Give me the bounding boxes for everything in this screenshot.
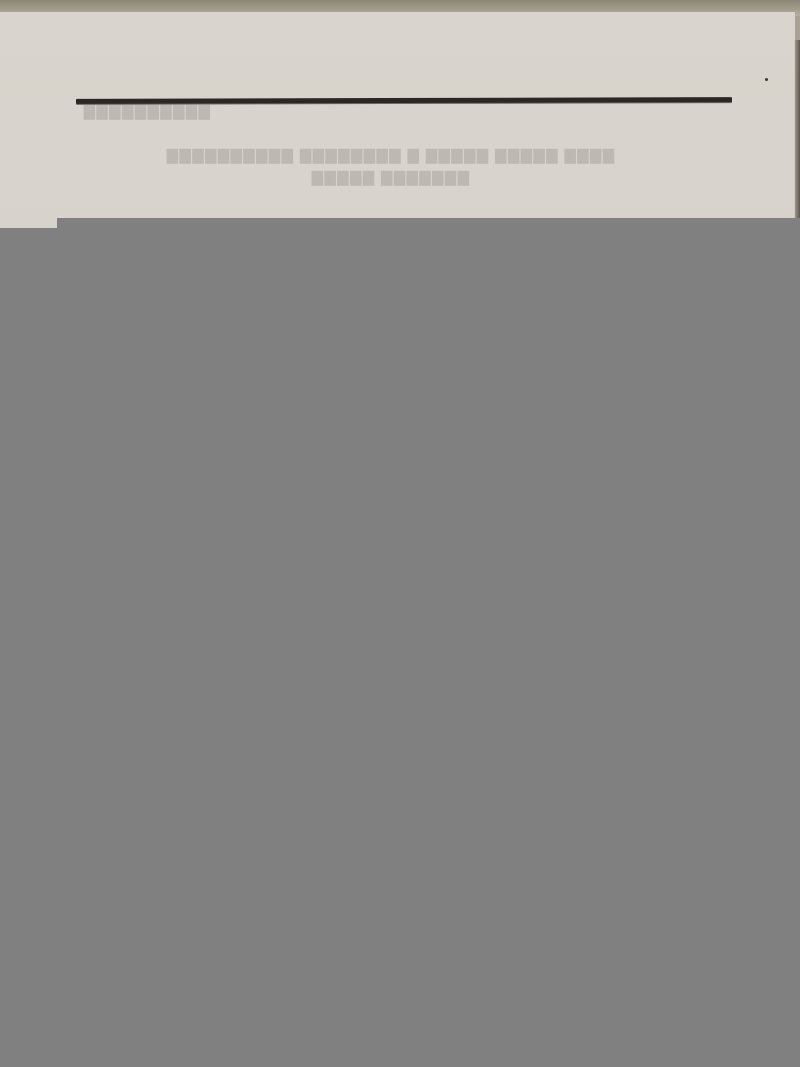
redaction-block-left: [0, 228, 60, 1067]
speck: [765, 78, 768, 81]
bleed-through-text-line: ▇▇▇▇ ▇▇▇▇▇ ▇▇▇▇▇ ▇ ▇▇▇▇▇▇▇▇ ▇▇▇▇▇▇▇▇▇▇: [165, 148, 614, 165]
bleed-through-text-line: ▇▇▇▇▇▇▇ ▇▇▇▇▇: [310, 170, 469, 187]
page-edge-shadow: [794, 40, 800, 240]
bleed-through-text-line: ▇▇▇▇▇▇▇▇▇▇: [82, 104, 210, 121]
redaction-block: [57, 218, 800, 1067]
